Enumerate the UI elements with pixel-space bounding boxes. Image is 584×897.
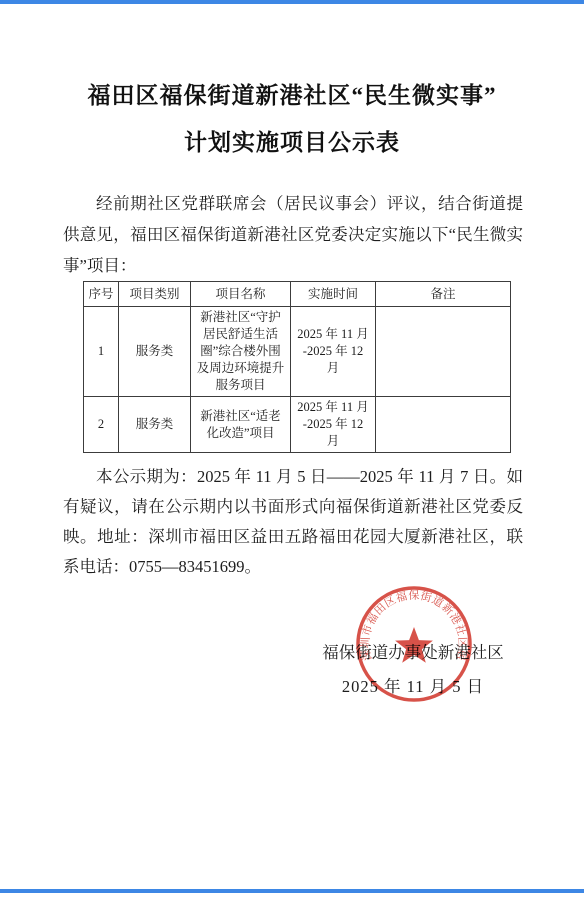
signature-block: 福保街道办事处新港社区 2025 年 11 月 5 日 xyxy=(298,642,528,698)
cell-project-name: 新港社区“守护居民舒适生活圈”综合楼外围及周边环境提升服务项目 xyxy=(191,307,291,397)
cell-category: 服务类 xyxy=(119,397,191,453)
cell-remark xyxy=(376,307,511,397)
signature-date: 2025 年 11 月 5 日 xyxy=(298,676,528,698)
col-header-time: 实施时间 xyxy=(291,282,376,307)
col-header-category: 项目类别 xyxy=(119,282,191,307)
document-title: 福田区福保街道新港社区“民生微实事” 计划实施项目公示表 xyxy=(40,72,544,166)
cell-time: 2025 年 11 月 -2025 年 12 月 xyxy=(291,307,376,397)
col-header-name: 项目名称 xyxy=(191,282,291,307)
col-header-remark: 备注 xyxy=(376,282,511,307)
notice-paragraph: 本公示期为：2025 年 11 月 5 日——2025 年 11 月 7 日。如… xyxy=(63,462,523,582)
cell-seq: 1 xyxy=(84,307,119,397)
title-line-1: 福田区福保街道新港社区“民生微实事” xyxy=(88,83,497,108)
title-line-2: 计划实施项目公示表 xyxy=(184,130,400,155)
cell-remark xyxy=(376,397,511,453)
project-table: 序号 项目类别 项目名称 实施时间 备注 1 服务类 新港社区“守护居民舒适生活… xyxy=(83,281,511,453)
intro-paragraph: 经前期社区党群联席会（居民议事会）评议，结合街道提供意见，福田区福保街道新港社区… xyxy=(63,188,523,281)
cell-project-name: 新港社区“适老化改造”项目 xyxy=(191,397,291,453)
table-header-row: 序号 项目类别 项目名称 实施时间 备注 xyxy=(84,282,511,307)
table-row: 2 服务类 新港社区“适老化改造”项目 2025 年 11 月 -2025 年 … xyxy=(84,397,511,453)
col-header-seq: 序号 xyxy=(84,282,119,307)
table-row: 1 服务类 新港社区“守护居民舒适生活圈”综合楼外围及周边环境提升服务项目 20… xyxy=(84,307,511,397)
cell-category: 服务类 xyxy=(119,307,191,397)
cell-seq: 2 xyxy=(84,397,119,453)
signature-org: 福保街道办事处新港社区 xyxy=(298,642,528,664)
bottom-border-line xyxy=(0,889,584,893)
notice-document: 福田区福保街道新港社区“民生微实事” 计划实施项目公示表 经前期社区党群联席会（… xyxy=(0,0,584,897)
cell-time: 2025 年 11 月 -2025 年 12 月 xyxy=(291,397,376,453)
document-viewer: 福田区福保街道新港社区“民生微实事” 计划实施项目公示表 经前期社区党群联席会（… xyxy=(0,0,584,897)
